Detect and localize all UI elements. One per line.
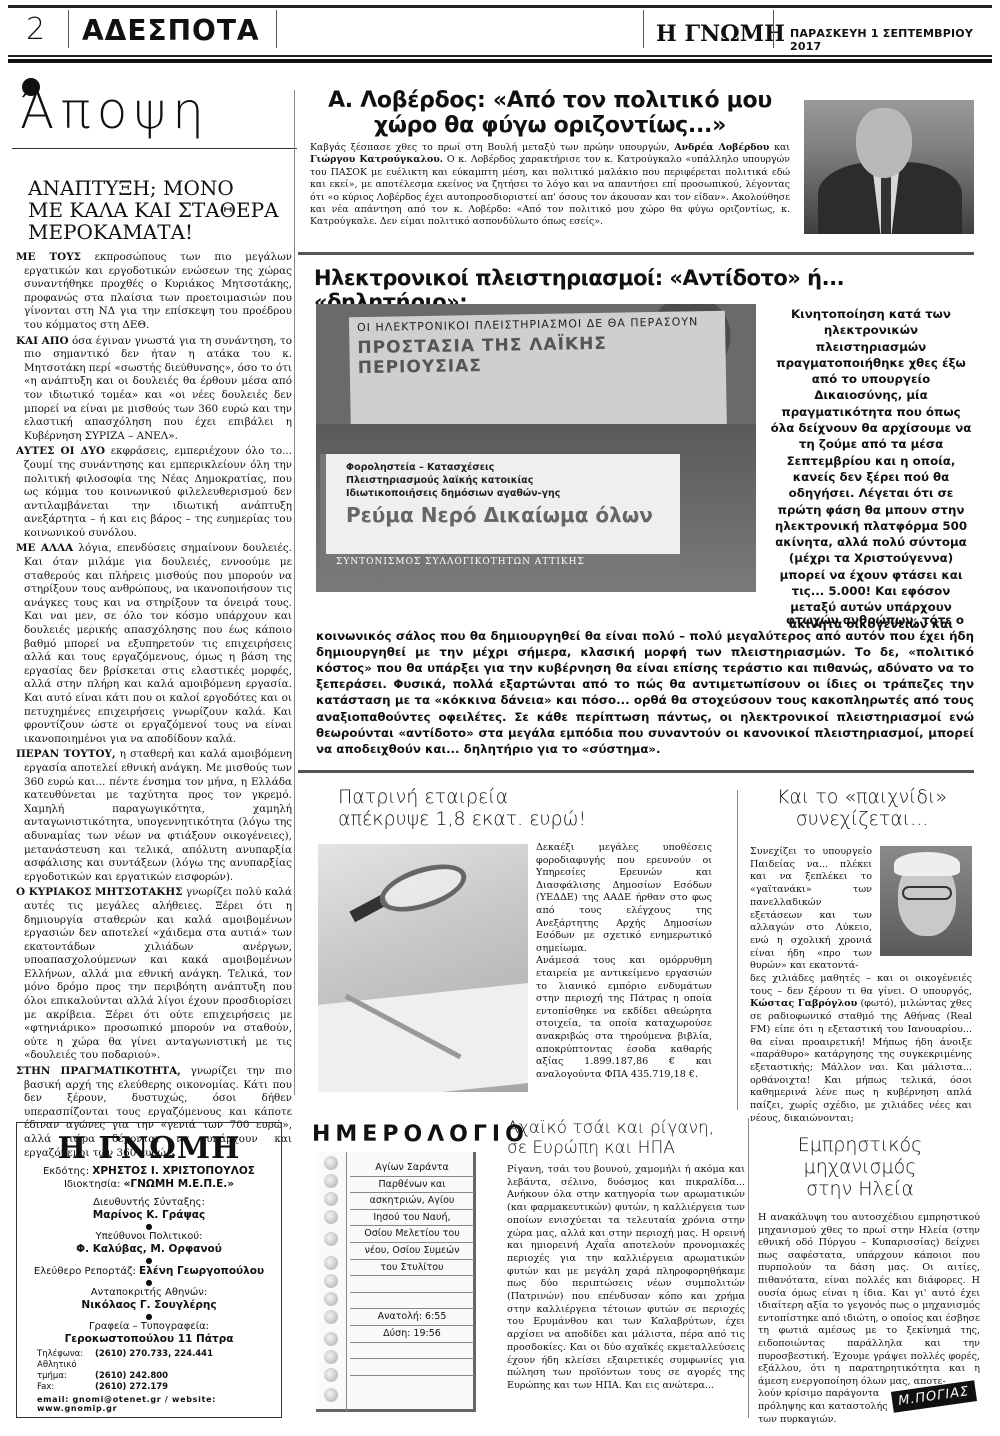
bottom-first-line: φτωχών ανθρώπων, τότε ο: [316, 612, 974, 628]
free-report-line: Ελεύθερο Ρεπορτάζ: Ελένη Γεωργοπούλου: [17, 1265, 281, 1278]
headline-line: ΑΝΑΠΤΥΞΗ; ΜΟΝΟ: [28, 177, 292, 199]
contact-sports: Αθλητικό τμήμα:(2610) 242.800: [37, 1360, 281, 1382]
political-value: Φ. Καλύβας, Μ. Ορφανού: [76, 1243, 222, 1255]
contact-phones: Τηλέφωνα:(2610) 270.733, 224.441: [37, 1349, 281, 1360]
offices-value: Γεροκωστοπούλου 11 Πάτρα: [65, 1333, 234, 1345]
calendar-title: ΗΜΕΡΟΛΟΓΙΟ: [312, 1122, 478, 1152]
banner-line: Ιδιωτικοποιήσεις δημόσιων αγαθών-γης: [326, 486, 680, 499]
body-text: δες χιλιάδες μαθητές – και οι οικογένειέ…: [750, 973, 972, 997]
calendar-line: ασκητριών, Αγίου: [350, 1193, 474, 1210]
body-text: (φωτό), μιλώντας χθες σε ραδιοφωνικό στα…: [750, 998, 972, 1123]
free-report-name: Ελένη Γεωργοπούλου: [139, 1265, 264, 1277]
title-line: Εμπρηστικός: [770, 1134, 950, 1156]
sports-label: Αθλητικό τμήμα:: [37, 1360, 95, 1382]
phones-label: Τηλέφωνα:: [37, 1349, 95, 1360]
editor-value: Μαρίνος Κ. Γράψας: [93, 1209, 206, 1221]
calendar-line: [350, 1276, 474, 1293]
athens-name: Νικόλαος Γ. Σουγλέρης: [17, 1299, 281, 1312]
sports-value: (2610) 242.800: [95, 1371, 168, 1381]
opinion-body: ΜΕ ΤΟΥΣ εκπροσώπους των πιο μεγάλων εργα…: [16, 251, 292, 1160]
masthead-top-rule: [8, 5, 992, 8]
auctions-bottom-text: φτωχών ανθρώπων, τότε ο κοινωνικός σάλος…: [316, 612, 974, 757]
publisher-label: Εκδότης:: [43, 1166, 89, 1177]
ring-icon: [324, 1274, 338, 1288]
body-text: και: [769, 142, 790, 153]
calendar-line: Ιησού του Ναυή,: [350, 1210, 474, 1227]
title-line: σε Ευρώπη και ΗΠΑ: [507, 1138, 747, 1158]
protest-photo: ΟΙ ΗΛΕΚΤΡΟΝΙΚΟΙ ΠΛΕΙΣΤΗΡΙΑΣΜΟΙ ΔΕ ΘΑ ΠΕΡ…: [316, 304, 756, 592]
fax-value: (2610) 272.179: [95, 1382, 168, 1392]
newspaper-logo: Η ΓΝΩΜΗ: [656, 21, 785, 47]
offices-address: Γεροκωστοπούλου 11 Πάτρα: [17, 1333, 281, 1346]
banner-line: Πλειστηριασμούς λαϊκής κατοικίας: [326, 473, 680, 486]
masthead-divider: [68, 10, 69, 48]
offices-label: Γραφεία – Τυπογραφεία:: [17, 1321, 281, 1333]
masthead-rule: [8, 59, 992, 63]
magnifier-photo: [318, 844, 528, 1092]
opinion-paragraph: ΑΥΤΕΣ ΟΙ ΔΥΟ εκφράσεις, εμπεριέχουν όλο …: [16, 445, 292, 540]
opinion-paragraph: Ο ΚΥΡΙΑΚΟΣ ΜΗΤΣΟΤΑΚΗΣ γνωρίζει πολύ καλά…: [16, 886, 292, 1063]
margin-line: [346, 1152, 347, 1412]
contact-fax: Fax:(2610) 272.179: [37, 1382, 281, 1393]
banner-footer: ΣΥΝΤΟΝΙΣΜΟΣ ΣΥΛΛΟΓΙΚΟΤΗΤΩΝ ΑΤΤΙΚΗΣ: [326, 554, 680, 572]
ring-icon: [324, 1332, 338, 1346]
sunset-time: Δύση: 19:56: [350, 1326, 474, 1343]
tea-title: Αχαϊκό τσάι και ρίγανη, σε Ευρώπη και ΗΠ…: [507, 1118, 747, 1158]
athens-label: Ανταποκριτής Αθηνών:: [17, 1287, 281, 1299]
article-body: Καβγάς ξέσπασε χθες το πρωί στη Βουλή με…: [310, 142, 790, 229]
banner-text: ΠΡΟΣΤΑΣΙΑ ΤΗΣ ΛΑΪΚΗΣ ΠΕΡΙΟΥΣΙΑΣ: [349, 328, 726, 379]
calendar-line: του Στυλίτου: [350, 1260, 474, 1277]
ring-icon: [324, 1232, 338, 1246]
phones-value: (2610) 270.733, 224.441: [95, 1349, 213, 1359]
masthead: 2 ΑΔΕΣΠΟΤΑ Η ΓΝΩΜΗ ΠΑΡΑΣΚΕΥΗ 1 ΣΕΠΤΕΜΒΡΙ…: [8, 4, 992, 62]
patras-body: Δεκαέξι μεγάλες υποθέσεις φοροδιαφυγής π…: [536, 842, 712, 1081]
opinion-label: Άποψη: [12, 82, 292, 148]
ring-icon: [324, 1256, 338, 1270]
athens-value: Νικόλαος Γ. Σουγλέρης: [81, 1299, 216, 1311]
title-line: συνεχίζεται...: [762, 808, 962, 830]
opinion-rule: [12, 148, 297, 149]
paragraph-lead: ΚΑΙ ΑΠΟ: [16, 335, 69, 347]
paragraph-lead: ΠΕΡΑΝ ΤΟΥΤΟΥ,: [16, 748, 116, 760]
editor-label: Διευθυντής Σύνταξης:: [17, 1197, 281, 1209]
opinion-headline: ΑΝΑΠΤΥΞΗ; ΜΟΝΟ ΜΕ ΚΑΛΑ ΚΑΙ ΣΤΑΘΕΡΑ ΜΕΡΟΚ…: [28, 177, 292, 243]
sunrise-time: Ανατολή: 6:55: [350, 1309, 474, 1326]
calendar-line: [350, 1343, 474, 1360]
body-narrow: λούν κρίσιμο παράγοντα πρόληψης και κατα…: [758, 1388, 888, 1426]
ring-icon: [324, 1310, 338, 1324]
banner-line: Φοροληστεία – Κατασχέσεις: [326, 454, 680, 473]
ring-icon: [324, 1368, 338, 1382]
body-text: Η ανακάλυψη του αυτοσχέδιου εμπρηστικού …: [758, 1212, 980, 1387]
title-line: Πατρινή εταιρεία: [338, 786, 586, 808]
magnifier-icon: [374, 855, 472, 921]
body-narrow: Συνεχίζει το υπουργείο Παιδείας να... πλ…: [750, 846, 872, 973]
bullet-separator: ●: [17, 1256, 281, 1265]
masthead-divider: [643, 10, 644, 48]
section-title: ΑΔΕΣΠΟΤΑ: [82, 14, 260, 47]
arson-title: Εμπρηστικός μηχανισμός στην Ηλεία: [770, 1134, 950, 1200]
headline-line: ΜΕΡΟΚΑΜΑΤΑ!: [28, 221, 292, 243]
masthead-divider: [773, 10, 774, 48]
calendar-line: [350, 1293, 474, 1310]
email-website[interactable]: email: gnomi@otenet.gr / website: www.gn…: [17, 1395, 281, 1413]
ring-icon: [324, 1292, 338, 1306]
opinion-paragraph: ΚΑΙ ΑΠΟ όσα έγιναν γνωστά για τη συνάντη…: [16, 335, 292, 444]
calendar-line: Παρθένων και: [350, 1177, 474, 1194]
loverdos-article: Α. Λοβέρδος: «Από τον πολιτικό μου χώρο …: [310, 88, 790, 229]
bottom-body: κοινωνικός σάλος που θα δημιουργηθεί θα …: [316, 629, 974, 756]
title-line: Και το «παιχνίδι»: [762, 786, 962, 808]
paragraph-lead: ΣΤΗΝ ΠΡΑΓΜΑΤΙΚΟΤΗΤΑ,: [16, 1065, 181, 1077]
paragraph-text: όσα έγιναν γνωστά για τη συνάντηση, το π…: [24, 335, 292, 442]
imprint-box: Η ΓΝΩΜΗ Εκδότης: ΧΡΗΣΤΟΣ Ι. ΧΡΙΣΤΟΠΟΥΛΟΣ…: [16, 1122, 282, 1418]
patras-title: Πατρινή εταιρεία απέκρυψε 1,8 εκατ. ευρώ…: [338, 786, 586, 830]
ring-icon: [324, 1174, 338, 1188]
photo-head: [856, 108, 912, 178]
auctions-side-text: Κινητοποίηση κατά των ηλεκτρονικών πλεισ…: [768, 306, 974, 632]
ring-icon: [324, 1210, 338, 1224]
bullet-separator: ●: [17, 1278, 281, 1287]
column-divider: [294, 90, 295, 1095]
free-report-label: Ελεύθερο Ρεπορτάζ:: [34, 1266, 136, 1277]
owner-line: Ιδιοκτησία: «ΓΝΩΜΗ Μ.Ε.Π.Ε.»: [17, 1178, 281, 1191]
owner-label: Ιδιοκτησία:: [64, 1179, 121, 1190]
ring-icon: [324, 1156, 338, 1170]
opinion-paragraph: ΠΕΡΑΝ ΤΟΥΤΟΥ, η σταθερή και καλά αμοιβόμ…: [16, 748, 292, 884]
body-text: Καβγάς ξέσπασε χθες το πρωί στη Βουλή με…: [310, 142, 674, 153]
owner-name: «ΓΝΩΜΗ Μ.Ε.Π.Ε.»: [124, 1178, 234, 1190]
title-line: μηχανισμός: [770, 1156, 950, 1178]
section-rule: [298, 252, 974, 255]
paragraph-text: λόγια, επενδύσεις σημαίνουν δουλειές. Κα…: [24, 542, 292, 744]
opinion-label-text: Άποψη: [20, 82, 210, 140]
game-title: Και το «παιχνίδι» συνεχίζεται...: [762, 786, 962, 830]
contact-list: Τηλέφωνα:(2610) 270.733, 224.441 Αθλητικ…: [17, 1349, 281, 1393]
body-bold: Γιώργου Κατρούγκαλου.: [310, 154, 443, 165]
political-label: Υπεύθυνοι Πολιτικού:: [17, 1231, 281, 1243]
publisher-line: Εκδότης: ΧΡΗΣΤΟΣ Ι. ΧΡΙΣΤΟΠΟΥΛΟΣ: [17, 1165, 281, 1178]
paragraph-lead: ΜΕ ΤΟΥΣ: [16, 251, 81, 263]
game-body: Συνεχίζει το υπουργείο Παιδείας να... πλ…: [750, 846, 972, 1125]
calendar-line: Αγίων Σαράντα: [350, 1160, 474, 1177]
calendar-box: ΗΜΕΡΟΛΟΓΙΟ Αγίων Σαράντα Παρθένων και ασ…: [312, 1122, 478, 1420]
bullet-separator: ●: [17, 1312, 281, 1321]
banner-slogan: Ρεύμα Νερό Δικαίωμα όλων: [326, 499, 680, 527]
opinion-paragraph: ΜΕ ΤΟΥΣ εκπροσώπους των πιο μεγάλων εργα…: [16, 251, 292, 333]
article-title: Α. Λοβέρδος: «Από τον πολιτικό μου χώρο …: [310, 88, 790, 138]
photo-tie: [881, 170, 891, 234]
publisher-name: ΧΡΗΣΤΟΣ Ι. ΧΡΙΣΤΟΠΟΥΛΟΣ: [92, 1165, 255, 1177]
tea-body: Ρίγανη, τσάι του βουνού, χαμομήλι ή ακόμ…: [507, 1164, 745, 1393]
calendar-line: Οσίου Μελετίου του: [350, 1226, 474, 1243]
paragraph-text: η σταθερή και καλά αμοιβόμενη εργασία απ…: [24, 748, 292, 882]
paragraph-lead: ΜΕ ΑΛΛΑ: [16, 542, 73, 554]
column-divider: [737, 790, 738, 1110]
masthead-rule: [8, 55, 992, 57]
calendar-line: νέου, Οσίου Συμεών: [350, 1243, 474, 1260]
notebook-paper: Αγίων Σαράντα Παρθένων και ασκητριών, Αγ…: [316, 1152, 476, 1412]
headline-line: ΜΕ ΚΑΛΑ ΚΑΙ ΣΤΑΘΕΡΑ: [28, 199, 292, 221]
body-bold: Κώστας Γαβρόγλου: [750, 998, 857, 1009]
masthead-divider: [276, 10, 277, 48]
political-names: Φ. Καλύβας, Μ. Ορφανού: [17, 1243, 281, 1256]
title-line: Αχαϊκό τσάι και ρίγανη,: [507, 1118, 747, 1138]
title-line: στην Ηλεία: [770, 1178, 950, 1200]
issue-date: ΠΑΡΑΣΚΕΥΗ 1 ΣΕΠΤΕΜΒΡΙΟΥ 2017: [790, 27, 992, 53]
page-number: 2: [26, 12, 45, 47]
section-rule: [298, 770, 974, 773]
paragraph-lead: ΑΥΤΕΣ ΟΙ ΔΥΟ: [16, 445, 105, 457]
opinion-column: Άποψη ΑΝΑΠΤΥΞΗ; ΜΟΝΟ ΜΕ ΚΑΛΑ ΚΑΙ ΣΤΑΘΕΡΑ…: [12, 82, 292, 1162]
ring-icon: [324, 1350, 338, 1364]
bullet-separator: ●: [17, 1222, 281, 1231]
paragraph-lead: Ο ΚΥΡΙΑΚΟΣ ΜΗΤΣΟΤΑΚΗΣ: [16, 886, 183, 898]
title-line: απέκρυψε 1,8 εκατ. ευρώ!: [338, 808, 586, 830]
ring-icon: [324, 1388, 338, 1402]
loverdos-photo: [804, 100, 974, 234]
opinion-paragraph: ΜΕ ΑΛΛΑ λόγια, επενδύσεις σημαίνουν δουλ…: [16, 542, 292, 746]
ring-icon: [324, 1192, 338, 1206]
calendar-lines: Αγίων Σαράντα Παρθένων και ασκητριών, Αγ…: [350, 1160, 474, 1376]
body-paragraph: Ανάμεσά τους και ομόρρυθμη εταιρεία με α…: [536, 955, 712, 1081]
column-divider: [748, 1118, 749, 1418]
paragraph-text: γνωρίζει πολύ καλά αυτές τις μεγάλες αλή…: [24, 886, 292, 1061]
imprint-logo: Η ΓΝΩΜΗ: [17, 1133, 281, 1165]
body-paragraph: Δεκαέξι μεγάλες υποθέσεις φοροδιαφυγής π…: [536, 842, 712, 955]
photo-banner-front: Φοροληστεία – Κατασχέσεις Πλειστηριασμού…: [320, 454, 680, 572]
opinion-dot-icon: [22, 78, 40, 96]
calendar-line: [350, 1359, 474, 1376]
editor-name: Μαρίνος Κ. Γράψας: [17, 1209, 281, 1222]
fax-label: Fax:: [37, 1382, 95, 1393]
body-bold: Ανδρέα Λοβέρδου: [674, 142, 769, 153]
paragraph-text: εκφράσεις, εμπεριέχουν όλο το... ζουμί τ…: [24, 445, 292, 539]
